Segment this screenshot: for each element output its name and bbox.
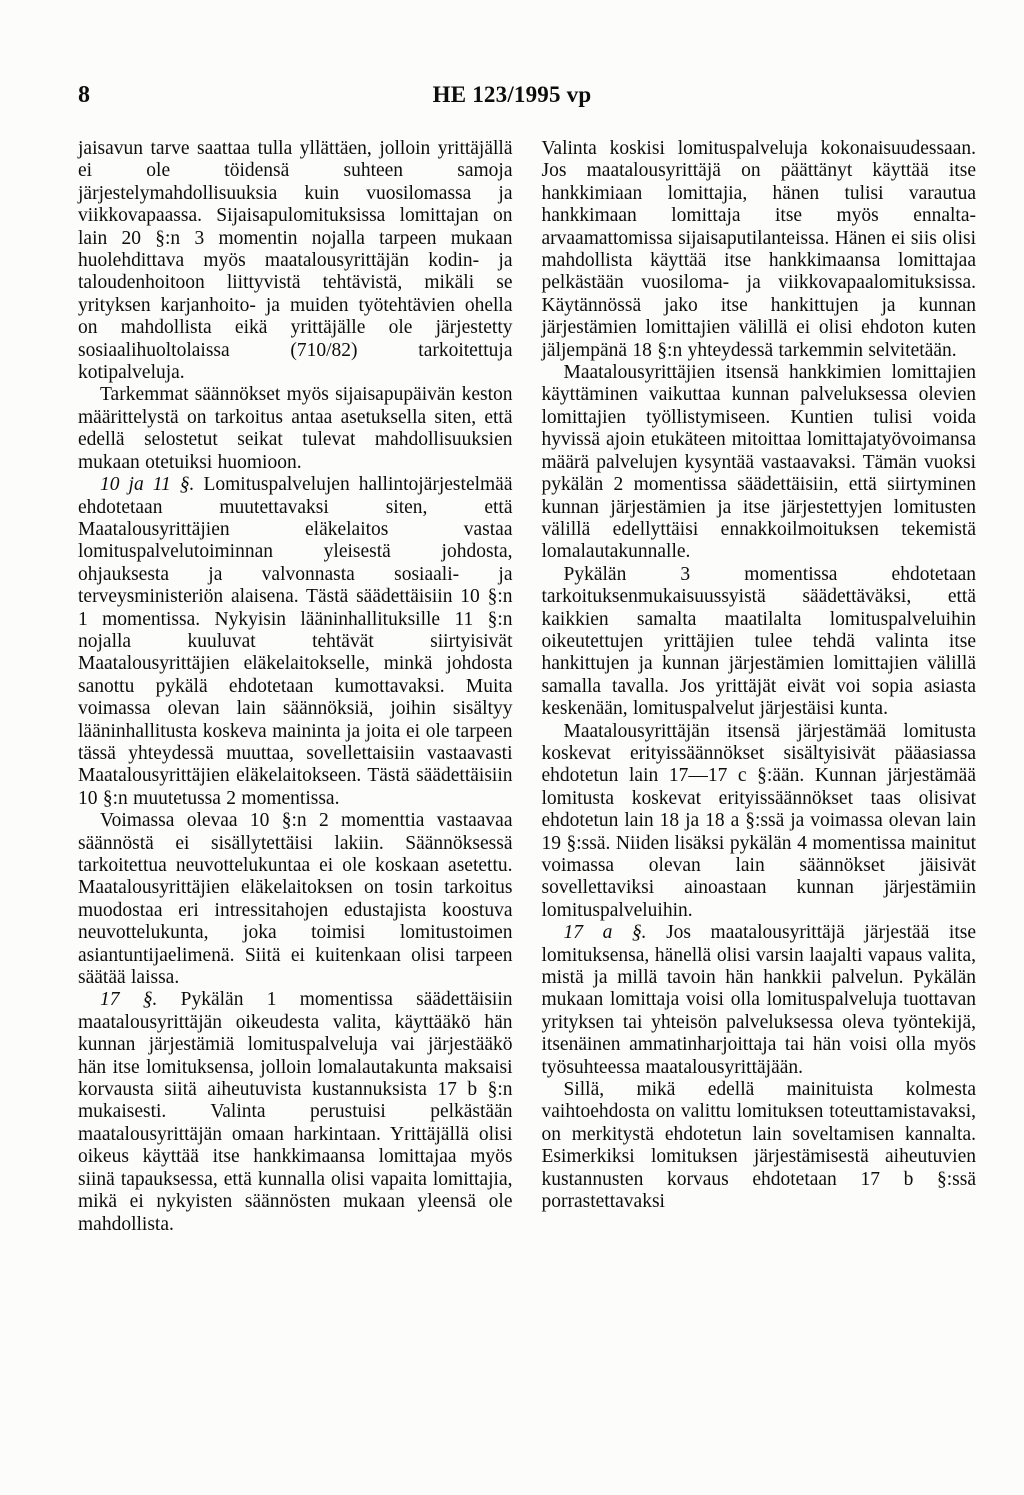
paragraph: Voimassa olevaa 10 §:n 2 momenttia vasta… (78, 810, 513, 989)
section-reference-lead: 17 a §. (564, 922, 667, 943)
paragraph: 10 ja 11 §. Lomituspalvelujen hallintojä… (78, 474, 513, 810)
document-page: 8 HE 123/1995 vp jaisavun tarve saattaa … (0, 0, 1024, 1495)
section-reference-lead: 10 ja 11 §. (100, 474, 203, 495)
right-column: Valinta koskisi lomituspalveluja kokonai… (542, 138, 977, 1236)
paragraph: Sillä, mikä edellä mainituista kolmesta … (542, 1079, 977, 1213)
page-header: 8 HE 123/1995 vp (0, 80, 1024, 114)
document-header-title: HE 123/1995 vp (0, 80, 1024, 110)
paragraph: Maatalousyrittäjän itsensä järjestämää l… (542, 721, 977, 923)
paragraph: Pykälän 3 momentissa ehdotetaan tarkoitu… (542, 564, 977, 721)
two-column-body: jaisavun tarve saattaa tulla yllättäen, … (78, 138, 976, 1236)
paragraph: 17 §. Pykälän 1 momentissa säädettäisiin… (78, 989, 513, 1235)
paragraph: Valinta koskisi lomituspalveluja kokonai… (542, 138, 977, 362)
paragraph: Maatalousyrittäjien itsensä hankkimien l… (542, 362, 977, 564)
left-column: jaisavun tarve saattaa tulla yllättäen, … (78, 138, 513, 1236)
paragraph: jaisavun tarve saattaa tulla yllättäen, … (78, 138, 513, 384)
section-reference-lead: 17 §. (100, 989, 181, 1010)
paragraph: 17 a §. Jos maatalousyrittäjä järjestää … (542, 922, 977, 1079)
paragraph: Tarkemmat säännökset myös sijaisapupäivä… (78, 384, 513, 474)
